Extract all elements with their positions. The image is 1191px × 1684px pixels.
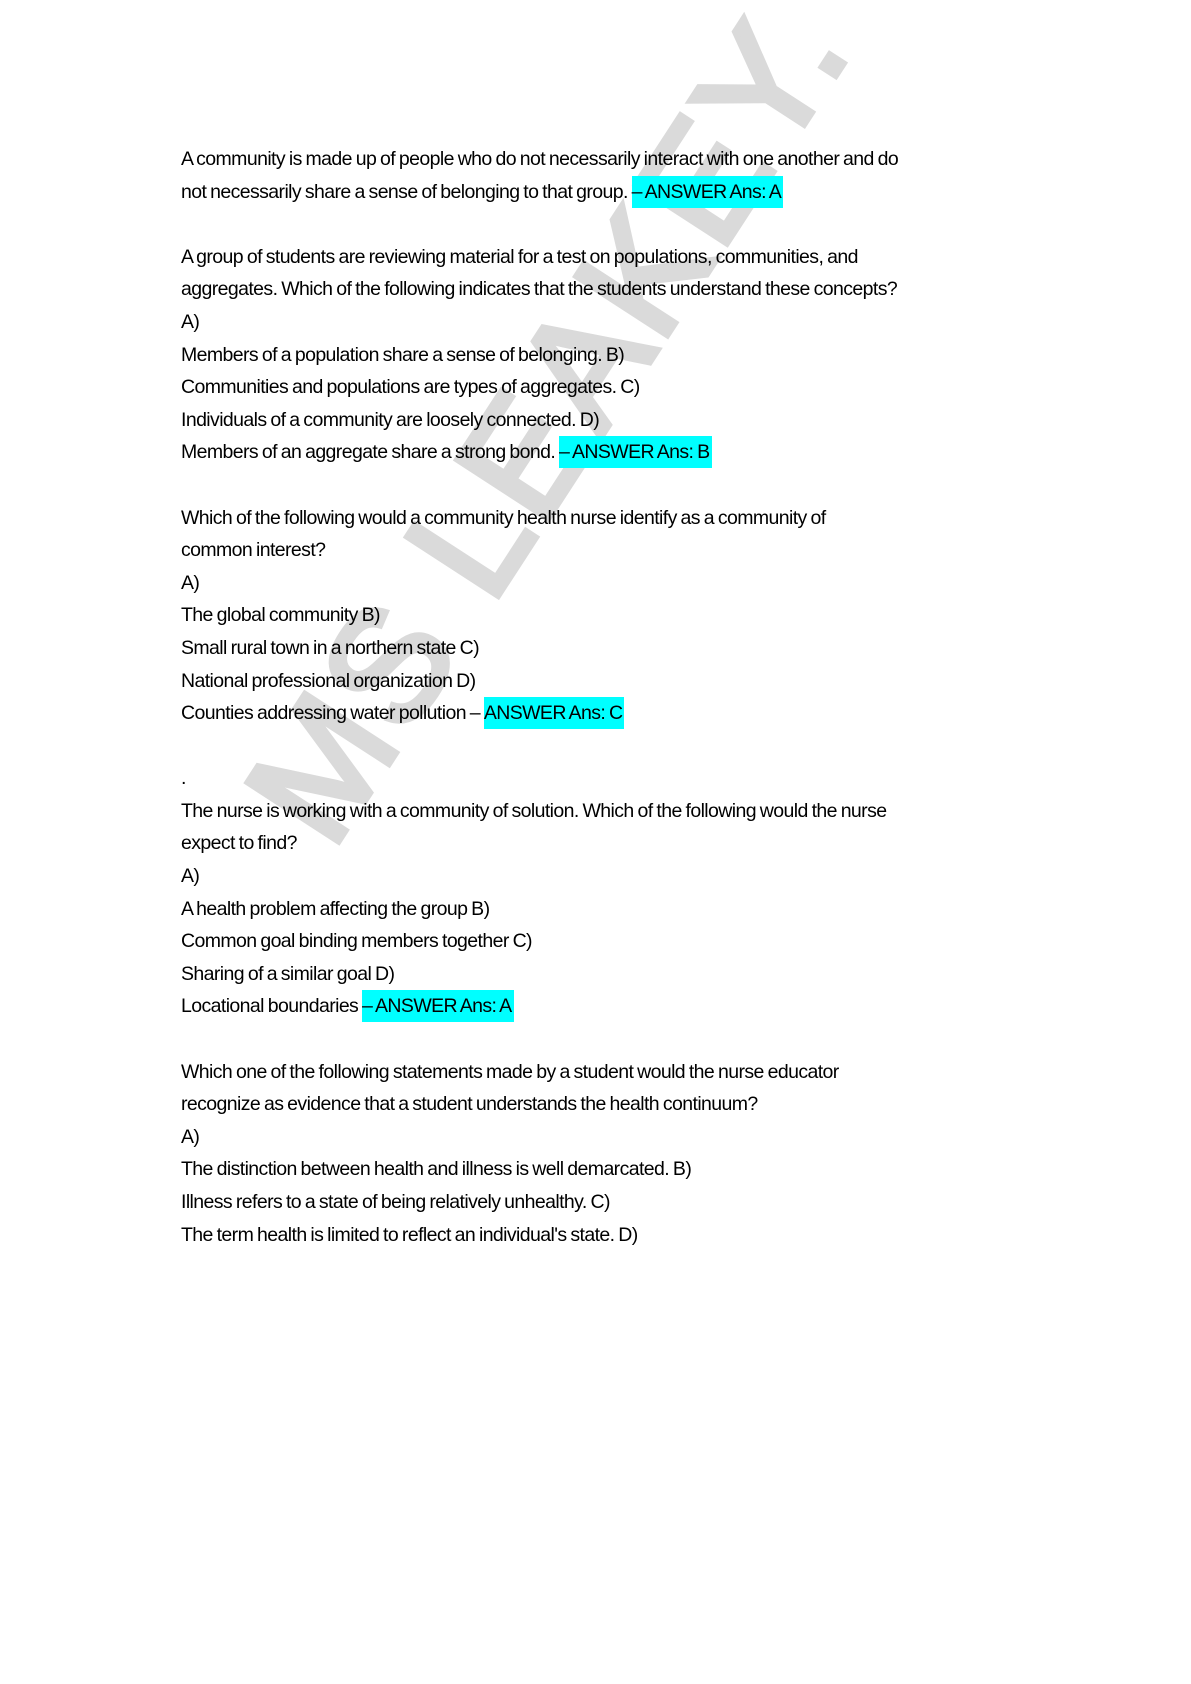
question-text: A group of students are reviewing materi… [181,241,1041,274]
option-text: National professional organization D) [181,665,1041,698]
option-text: The global community B) [181,599,1041,632]
option-text: Members of a population share a sense of… [181,339,1041,372]
question-text: The nurse is working with a community of… [181,795,1041,828]
question-text: Which one of the following statements ma… [181,1056,1041,1089]
question-text: expect to find? [181,827,1041,860]
option-text: Sharing of a similar goal D) [181,958,1041,991]
option-text: Counties addressing water pollution – [181,702,484,724]
question-1: A community is made up of people who do … [181,143,1041,208]
option-label: A) [181,567,1041,600]
question-text: Which of the following would a community… [181,502,1041,535]
option-text-last: Counties addressing water pollution – AN… [181,697,1041,730]
option-text: The term health is limited to reflect an… [181,1219,1041,1252]
question-2: A group of students are reviewing materi… [181,241,1041,469]
answer-highlight: ANSWER Ans: C [484,697,625,729]
option-text: Small rural town in a northern state C) [181,632,1041,665]
option-text: Communities and populations are types of… [181,371,1041,404]
question-text: recognize as evidence that a student und… [181,1088,1041,1121]
option-text: Locational boundaries [181,995,362,1017]
option-text: Common goal binding members together C) [181,925,1041,958]
option-label: A) [181,1121,1041,1154]
question-text: not necessarily share a sense of belongi… [181,181,632,203]
question-4: . The nurse is working with a community … [181,762,1041,1023]
stray-dot: . [181,762,1041,795]
option-text: Individuals of a community are loosely c… [181,404,1041,437]
option-label: A) [181,860,1041,893]
document-page: MS LEAKEY. A community is made up of peo… [0,0,1191,1684]
option-label: A) [181,306,1041,339]
question-text-last: not necessarily share a sense of belongi… [181,176,1041,209]
answer-highlight: – ANSWER Ans: B [559,436,712,468]
document-body: A community is made up of people who do … [181,143,1041,1251]
option-text: A health problem affecting the group B) [181,893,1041,926]
option-text: Illness refers to a state of being relat… [181,1186,1041,1219]
answer-highlight: – ANSWER Ans: A [632,176,784,208]
option-text-last: Members of an aggregate share a strong b… [181,436,1041,469]
answer-highlight: – ANSWER Ans: A [362,990,514,1022]
question-text: aggregates. Which of the following indic… [181,273,1041,306]
question-text: A community is made up of people who do … [181,143,1041,176]
option-text-last: Locational boundaries – ANSWER Ans: A [181,990,1041,1023]
question-3: Which of the following would a community… [181,502,1041,730]
question-text: common interest? [181,534,1041,567]
option-text: Members of an aggregate share a strong b… [181,441,559,463]
question-5: Which one of the following statements ma… [181,1056,1041,1252]
option-text: The distinction between health and illne… [181,1153,1041,1186]
